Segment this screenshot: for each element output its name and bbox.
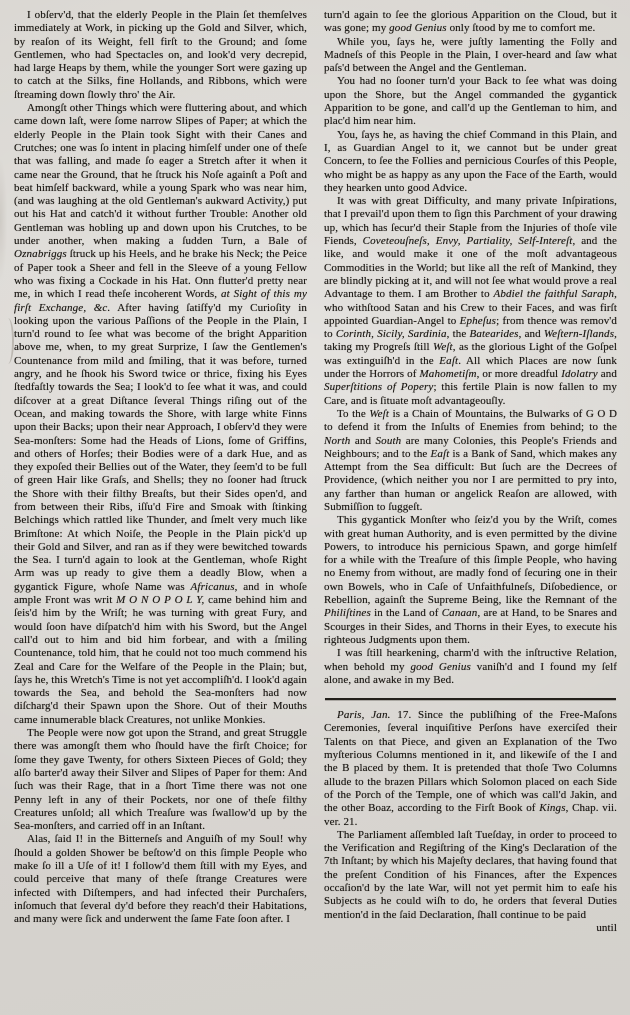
paragraph-right-2: You had no ſooner turn'd your Back to ſe… xyxy=(324,75,617,128)
paragraph-left-1: Amongſt other Things which were flutteri… xyxy=(14,102,307,727)
paragraph-right-10: The Parliament aſſembled laſt Tueſday, i… xyxy=(324,829,617,922)
paragraph-left-3: Alas, ſaid I! in the Bitterneſs and Angu… xyxy=(14,833,307,926)
paragraph-right-3: You, ſays he, as having the chief Comman… xyxy=(324,129,617,195)
left-column: I obſerv'd, that the elderly People in t… xyxy=(14,9,307,1011)
paragraph-right-7: I was ſtill hearkening, charm'd with the… xyxy=(324,647,617,687)
paragraph-right-9: Paris, Jan. 17. Since the publiſhing of … xyxy=(324,709,617,829)
section-divider-rule xyxy=(325,698,616,700)
paragraph-right-4: It was with great Difficulty, and many p… xyxy=(324,195,617,408)
paragraph-right-0: turn'd again to ſee the glorious Apparit… xyxy=(324,9,617,36)
paragraph-left-2: The People were now got upon the Strand,… xyxy=(14,727,307,833)
paragraph-right-6: This gygantick Monſter who ſeiz'd you by… xyxy=(324,514,617,647)
document-page: I obſerv'd, that the elderly People in t… xyxy=(0,0,630,1015)
right-column: turn'd again to ſee the glorious Apparit… xyxy=(324,9,617,1011)
catchword: until xyxy=(324,922,617,935)
paragraph-left-0: I obſerv'd, that the elderly People in t… xyxy=(14,9,307,102)
paragraph-right-1: While you, ſays he, were juſtly lamentin… xyxy=(324,36,617,76)
paragraph-right-5: To the Weſt is a Chain of Mountains, the… xyxy=(324,408,617,514)
